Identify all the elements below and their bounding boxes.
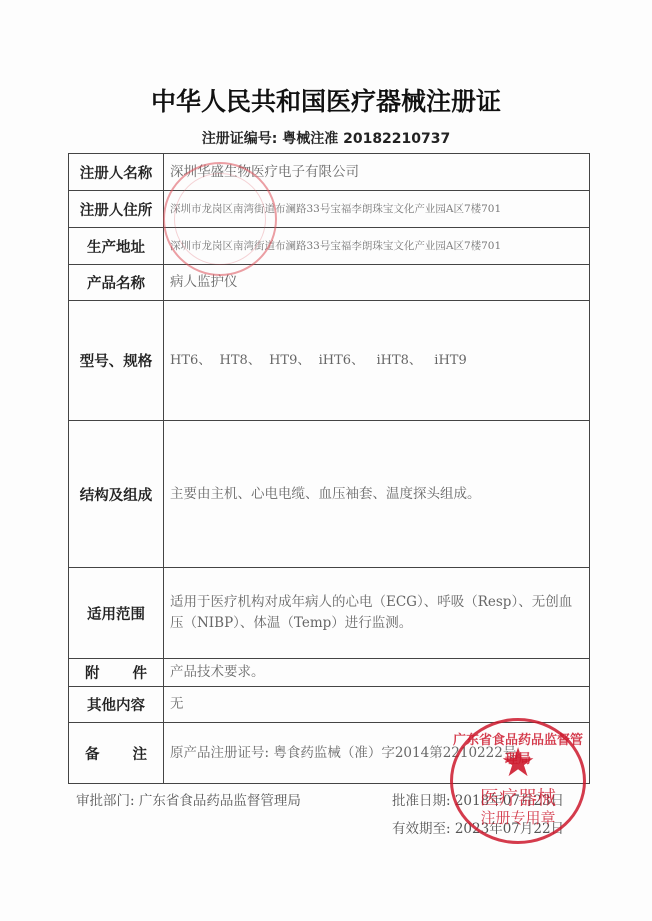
table-row: 生产地址 深圳市龙岗区南湾街道布澜路33号宝福李朗珠宝文化产业园A区7楼701: [69, 228, 590, 265]
remarks: 原产品注册证号: 粤食药监械（准）字2014第2210222号。: [164, 723, 590, 784]
registration-table: 注册人名称 深圳华盛生物医疗电子有限公司 注册人住所 深圳市龙岗区南湾街道布澜路…: [68, 153, 590, 784]
approval-date: 批准日期: 2018年07月23日: [392, 789, 564, 809]
row-label: 注册人住所: [69, 191, 164, 228]
row-label: 附件: [69, 659, 164, 687]
row-label: 型号、规格: [69, 301, 164, 421]
label-char: 注: [133, 743, 148, 764]
table-row: 注册人名称 深圳华盛生物医疗电子有限公司: [69, 154, 590, 191]
label-char: 备: [85, 743, 100, 764]
table-row: 型号、规格 HT6、 HT8、 HT9、 iHT6、 iHT8、 iHT9: [69, 301, 590, 421]
table-row: 适用范围 适用于医疗机构对成年病人的心电（ECG）、呼吸（Resp）、无创血压（…: [69, 568, 590, 659]
table-row: 结构及组成 主要由主机、心电电缆、血压袖套、温度探头组成。: [69, 421, 590, 568]
row-label: 备注: [69, 723, 164, 784]
row-label: 其他内容: [69, 687, 164, 723]
product-name: 病人监护仪: [164, 265, 590, 301]
valid-until: 有效期至: 2023年07月22日: [392, 817, 564, 837]
label-char: 件: [133, 662, 148, 683]
registrant-name: 深圳华盛生物医疗电子有限公司: [164, 154, 590, 191]
row-label: 适用范围: [69, 568, 164, 659]
production-address: 深圳市龙岗区南湾街道布澜路33号宝福李朗珠宝文化产业园A区7楼701: [164, 228, 590, 265]
other-content: 无: [164, 687, 590, 723]
registrant-address: 深圳市龙岗区南湾街道布澜路33号宝福李朗珠宝文化产业园A区7楼701: [164, 191, 590, 228]
row-label: 注册人名称: [69, 154, 164, 191]
row-label: 结构及组成: [69, 421, 164, 568]
certificate-number: 注册证编号: 粤械注准 20182210737: [0, 128, 652, 148]
scope-of-application: 适用于医疗机构对成年病人的心电（ECG）、呼吸（Resp）、无创血压（NIBP）…: [164, 568, 590, 659]
model-spec: HT6、 HT8、 HT9、 iHT6、 iHT8、 iHT9: [164, 301, 590, 421]
table-row: 附件 产品技术要求。: [69, 659, 590, 687]
row-label: 产品名称: [69, 265, 164, 301]
structure-composition: 主要由主机、心电电缆、血压袖套、温度探头组成。: [164, 421, 590, 568]
table-row: 其他内容 无: [69, 687, 590, 723]
table-row: 注册人住所 深圳市龙岗区南湾街道布澜路33号宝福李朗珠宝文化产业园A区7楼701: [69, 191, 590, 228]
row-label: 生产地址: [69, 228, 164, 265]
table-row: 产品名称 病人监护仪: [69, 265, 590, 301]
document-title: 中华人民共和国医疗器械注册证: [0, 82, 652, 118]
approval-department: 审批部门: 广东省食品药品监督管理局: [76, 789, 301, 809]
label-char: 附: [85, 662, 100, 683]
attachments: 产品技术要求。: [164, 659, 590, 687]
table-row: 备注 原产品注册证号: 粤食药监械（准）字2014第2210222号。: [69, 723, 590, 784]
